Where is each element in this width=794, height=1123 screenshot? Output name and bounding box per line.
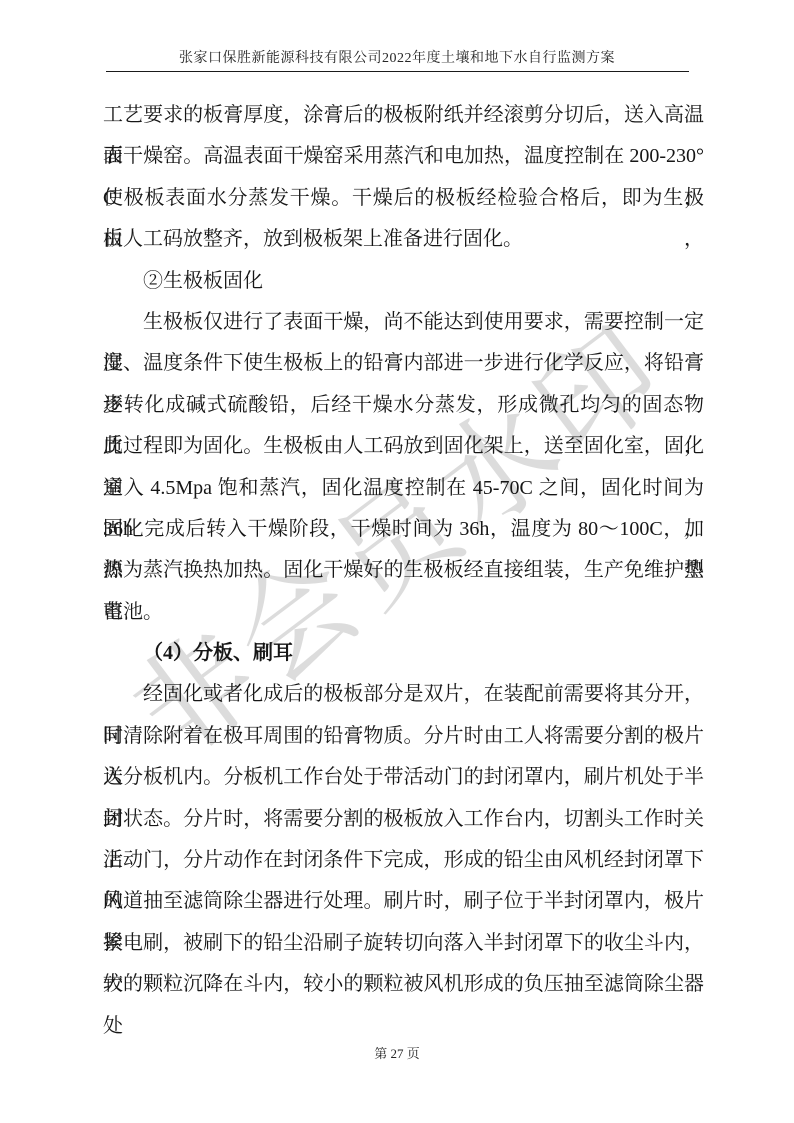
body-line: （4）分板、刷耳 <box>103 633 704 674</box>
body-line: 源为蒸汽换热加热。固化干燥好的生极板经直接组装，生产免维护型蓄 <box>103 550 704 591</box>
body-line: 固化完成后转入干燥阶段，干燥时间为 36h，温度为 80〜100C，加热热 <box>103 509 704 550</box>
body-line: 大的颗粒沉降在斗内，较小的颗粒被风机形成的负压抽至滤筒除尘器处 <box>103 964 704 1005</box>
body-line: 工艺要求的板膏厚度，涂膏后的极板附纸并经滚剪分切后，送入高温表 <box>103 95 704 136</box>
body-line: 风道抽至滤筒除尘器进行处理。刷片时，刷子位于半封闭罩内，极片紧 <box>103 881 704 922</box>
document-page: 非会员水印 张家口保胜新能源科技有限公司2022年度土壤和地下水自行监测方案 工… <box>0 0 794 1123</box>
body-line: 此过程即为固化。生极板由人工码放到固化架上，送至固化室，固化室 <box>103 426 704 467</box>
body-line: 电池。 <box>103 592 704 633</box>
body-line: 使极板表面水分蒸发干燥。干燥后的极板经检验合格后，即为生极板， <box>103 178 704 219</box>
body-line: 面干燥窑。高温表面干燥窑采用蒸汽和电加热，温度控制在 200-230° C， <box>103 136 704 177</box>
body-line: 入分板机内。分板机工作台处于带活动门的封闭罩内，刷片机处于半封 <box>103 757 704 798</box>
header-divider <box>106 71 689 72</box>
body-line: 生极板仅进行了表面干燥，尚不能达到使用要求，需要控制一定湿 <box>103 302 704 343</box>
body-line: ②生极板固化 <box>103 261 704 302</box>
body-line: 度、温度条件下使生极板上的铅膏内部进一步进行化学反应，将铅膏逐 <box>103 343 704 384</box>
body-lines: 工艺要求的板膏厚度，涂膏后的极板附纸并经滚剪分切后，送入高温表面干燥窑。高温表面… <box>103 95 704 1006</box>
body-line: 通入 4.5Mpa 饱和蒸汽，固化温度控制在 45-70C 之间，固化时间为 3… <box>103 468 704 509</box>
body-line: 挨电刷，被刷下的铅尘沿刷子旋转切向落入半封闭罩下的收尘斗内，较 <box>103 923 704 964</box>
body-line: 步转化成碱式硫酸铅，后经干燥水分蒸发，形成微孔均匀的固态物质， <box>103 385 704 426</box>
body-line: 时清除附着在极耳周围的铅膏物质。分片时由工人将需要分割的极片送 <box>103 716 704 757</box>
body-line: 活动门，分片动作在封闭条件下完成，形成的铅尘由风机经封闭罩下的 <box>103 840 704 881</box>
header-title: 张家口保胜新能源科技有限公司2022年度土壤和地下水自行监测方案 <box>0 47 794 67</box>
body-line: 经固化或者化成后的极板部分是双片，在装配前需要将其分开，同 <box>103 674 704 715</box>
body-line: 闭状态。分片时，将需要分割的极板放入工作台内，切割头工作时关上 <box>103 799 704 840</box>
page-number: 第 27 页 <box>0 1043 794 1062</box>
